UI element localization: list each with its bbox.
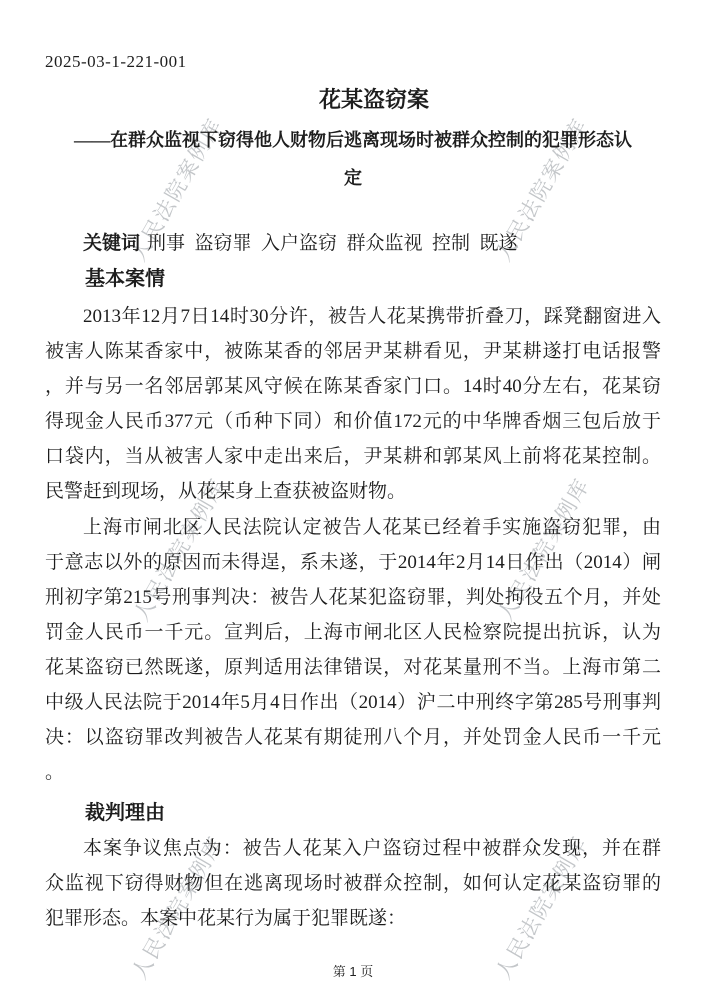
case-title: 花某盗窃案 (45, 83, 661, 114)
paragraph-reasons-1: 本案争议焦点为：被告人花某入户盗窃过程中被群众发现，并在群众监视下窃得财物但在逃… (45, 831, 661, 936)
body-text-line: 上海市闸北区人民法院认定被告人花某已经着手实施盗窃犯罪，由 (45, 510, 661, 545)
page-number-footer: 第 1 页 (0, 961, 706, 980)
case-number: 2025-03-1-221-001 (45, 52, 187, 72)
body-text-line: 犯罪形态。本案中花某行为属于犯罪既遂： (45, 901, 661, 936)
case-subtitle-line: ——在群众监视下窃得他人财物后逃离现场时被群众控制的犯罪形态认 (45, 121, 661, 159)
body-text-line: 被害人陈某香家中，被陈某香的邻居尹某耕看见，尹某耕遂打电话报警 (45, 334, 661, 369)
keywords-label: 关键词 (83, 233, 140, 254)
body-text-line: 民警赶到现场，从花某身上查获被盗财物。 (45, 474, 661, 509)
case-subtitle-line: 定 (45, 159, 661, 197)
body-text-line: 刑初字第215号刑事判决：被告人花某犯盗窃罪，判处拘役五个月，并处 (45, 580, 661, 615)
keywords-line: 关键词刑事 盗窃罪 入户盗窃 群众监视 控制 既遂 (45, 228, 661, 255)
body-text-line: 于意志以外的原因而未得逞，系未遂，于2014年2月14日作出（2014）闸 (45, 545, 661, 580)
body-text-line: ，并与另一名邻居郭某风守候在陈某香家门口。14时40分左右，花某窃 (45, 369, 661, 404)
document-content: 2025-03-1-221-001 花某盗窃案 ——在群众监视下窃得他人财物后逃… (0, 0, 706, 999)
body-text-line: 花某盗窃已然既遂，原判适用法律错误，对花某量刑不当。上海市第二 (45, 650, 661, 685)
section-heading-judgment-reasons: 裁判理由 (45, 796, 661, 825)
body-text-line: 口袋内，当从被害人家中走出来后，尹某耕和郭某风上前将花某控制。 (45, 439, 661, 474)
paragraph-facts-2: 上海市闸北区人民法院认定被告人花某已经着手实施盗窃犯罪，由于意志以外的原因而未得… (45, 510, 661, 790)
document-page: 人民法院案例库 人民法院案例库 人民法院案例库 人民法院案例库 人民法院案例库 … (0, 0, 706, 999)
paragraph-facts-1: 2013年12月7日14时30分许，被告人花某携带折叠刀，踩凳翻窗进入被害人陈某… (45, 299, 661, 509)
body-text-line: 中级人民法院于2014年5月4日作出（2014）沪二中刑终字第285号刑事判 (45, 685, 661, 720)
body-text-line: 罚金人民币一千元。宣判后，上海市闸北区人民检察院提出抗诉，认为 (45, 615, 661, 650)
body-text-line: 得现金人民币377元（币种下同）和价值172元的中华牌香烟三包后放于 (45, 404, 661, 439)
keywords-values: 刑事 盗窃罪 入户盗窃 群众监视 控制 既遂 (147, 233, 518, 254)
body-text-line: 众监视下窃得财物但在逃离现场时被群众控制，如何认定花某盗窃罪的 (45, 866, 661, 901)
section-heading-basic-facts: 基本案情 (45, 262, 661, 291)
body-text-line: 。 (45, 755, 661, 790)
body-text-line: 本案争议焦点为：被告人花某入户盗窃过程中被群众发现，并在群 (45, 831, 661, 866)
body-text-line: 决：以盗窃罪改判被告人花某有期徒刑八个月，并处罚金人民币一千元 (45, 720, 661, 755)
case-subtitle: ——在群众监视下窃得他人财物后逃离现场时被群众控制的犯罪形态认 定 (45, 121, 661, 197)
body-text-line: 2013年12月7日14时30分许，被告人花某携带折叠刀，踩凳翻窗进入 (45, 299, 661, 334)
